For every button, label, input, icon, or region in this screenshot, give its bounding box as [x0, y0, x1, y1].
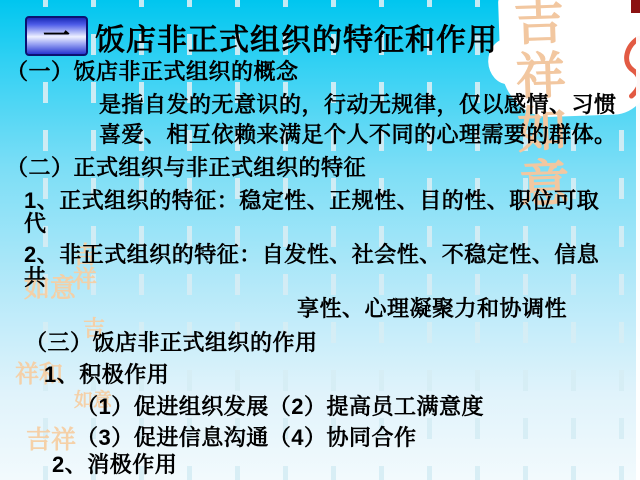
text-line: （二）正式组织与非正式组织的特征: [6, 156, 366, 179]
text-line: 代: [24, 212, 47, 235]
slide-title: 饭店非正式组织的特征和作用: [95, 15, 498, 59]
text-line: 2、消极作用: [52, 453, 177, 476]
text-line: 是指自发的无意识的，行动无规律，仅以感情、习惯: [99, 93, 617, 116]
text-line: 享性、心理凝聚力和协调性: [297, 297, 567, 320]
corner-red-mark: [631, 0, 640, 13]
text-line: 共: [24, 266, 47, 289]
section-marker-box: 一: [25, 16, 88, 56]
text-line: 1、正式组织的特征：稳定性、正规性、目的性、职位可取: [24, 189, 599, 212]
text-line: 喜爱、相互依赖来满足个人不同的心理需要的群体。: [99, 123, 617, 146]
text-line: 2、非正式组织的特征：自发性、社会性、不稳定性、信息: [24, 243, 599, 266]
presentation-slide[interactable]: 吉祥如意 吉祥如意吉祥和如意吉祥 一 饭店非正式组织的特征和作用 （一）饭店非正…: [0, 0, 640, 480]
text-line: 1、积极作用: [44, 363, 169, 386]
text-line: （三）饭店非正式组织的作用: [25, 331, 318, 354]
text-line: （3）促进信息沟通（4）协同合作: [76, 426, 416, 449]
right-edge-strip: [636, 0, 640, 480]
text-line: （1）促进组织发展（2）提高员工满意度: [76, 395, 484, 418]
text-line: （一）饭店非正式组织的概念: [6, 60, 299, 83]
section-marker-label: 一: [43, 23, 70, 50]
